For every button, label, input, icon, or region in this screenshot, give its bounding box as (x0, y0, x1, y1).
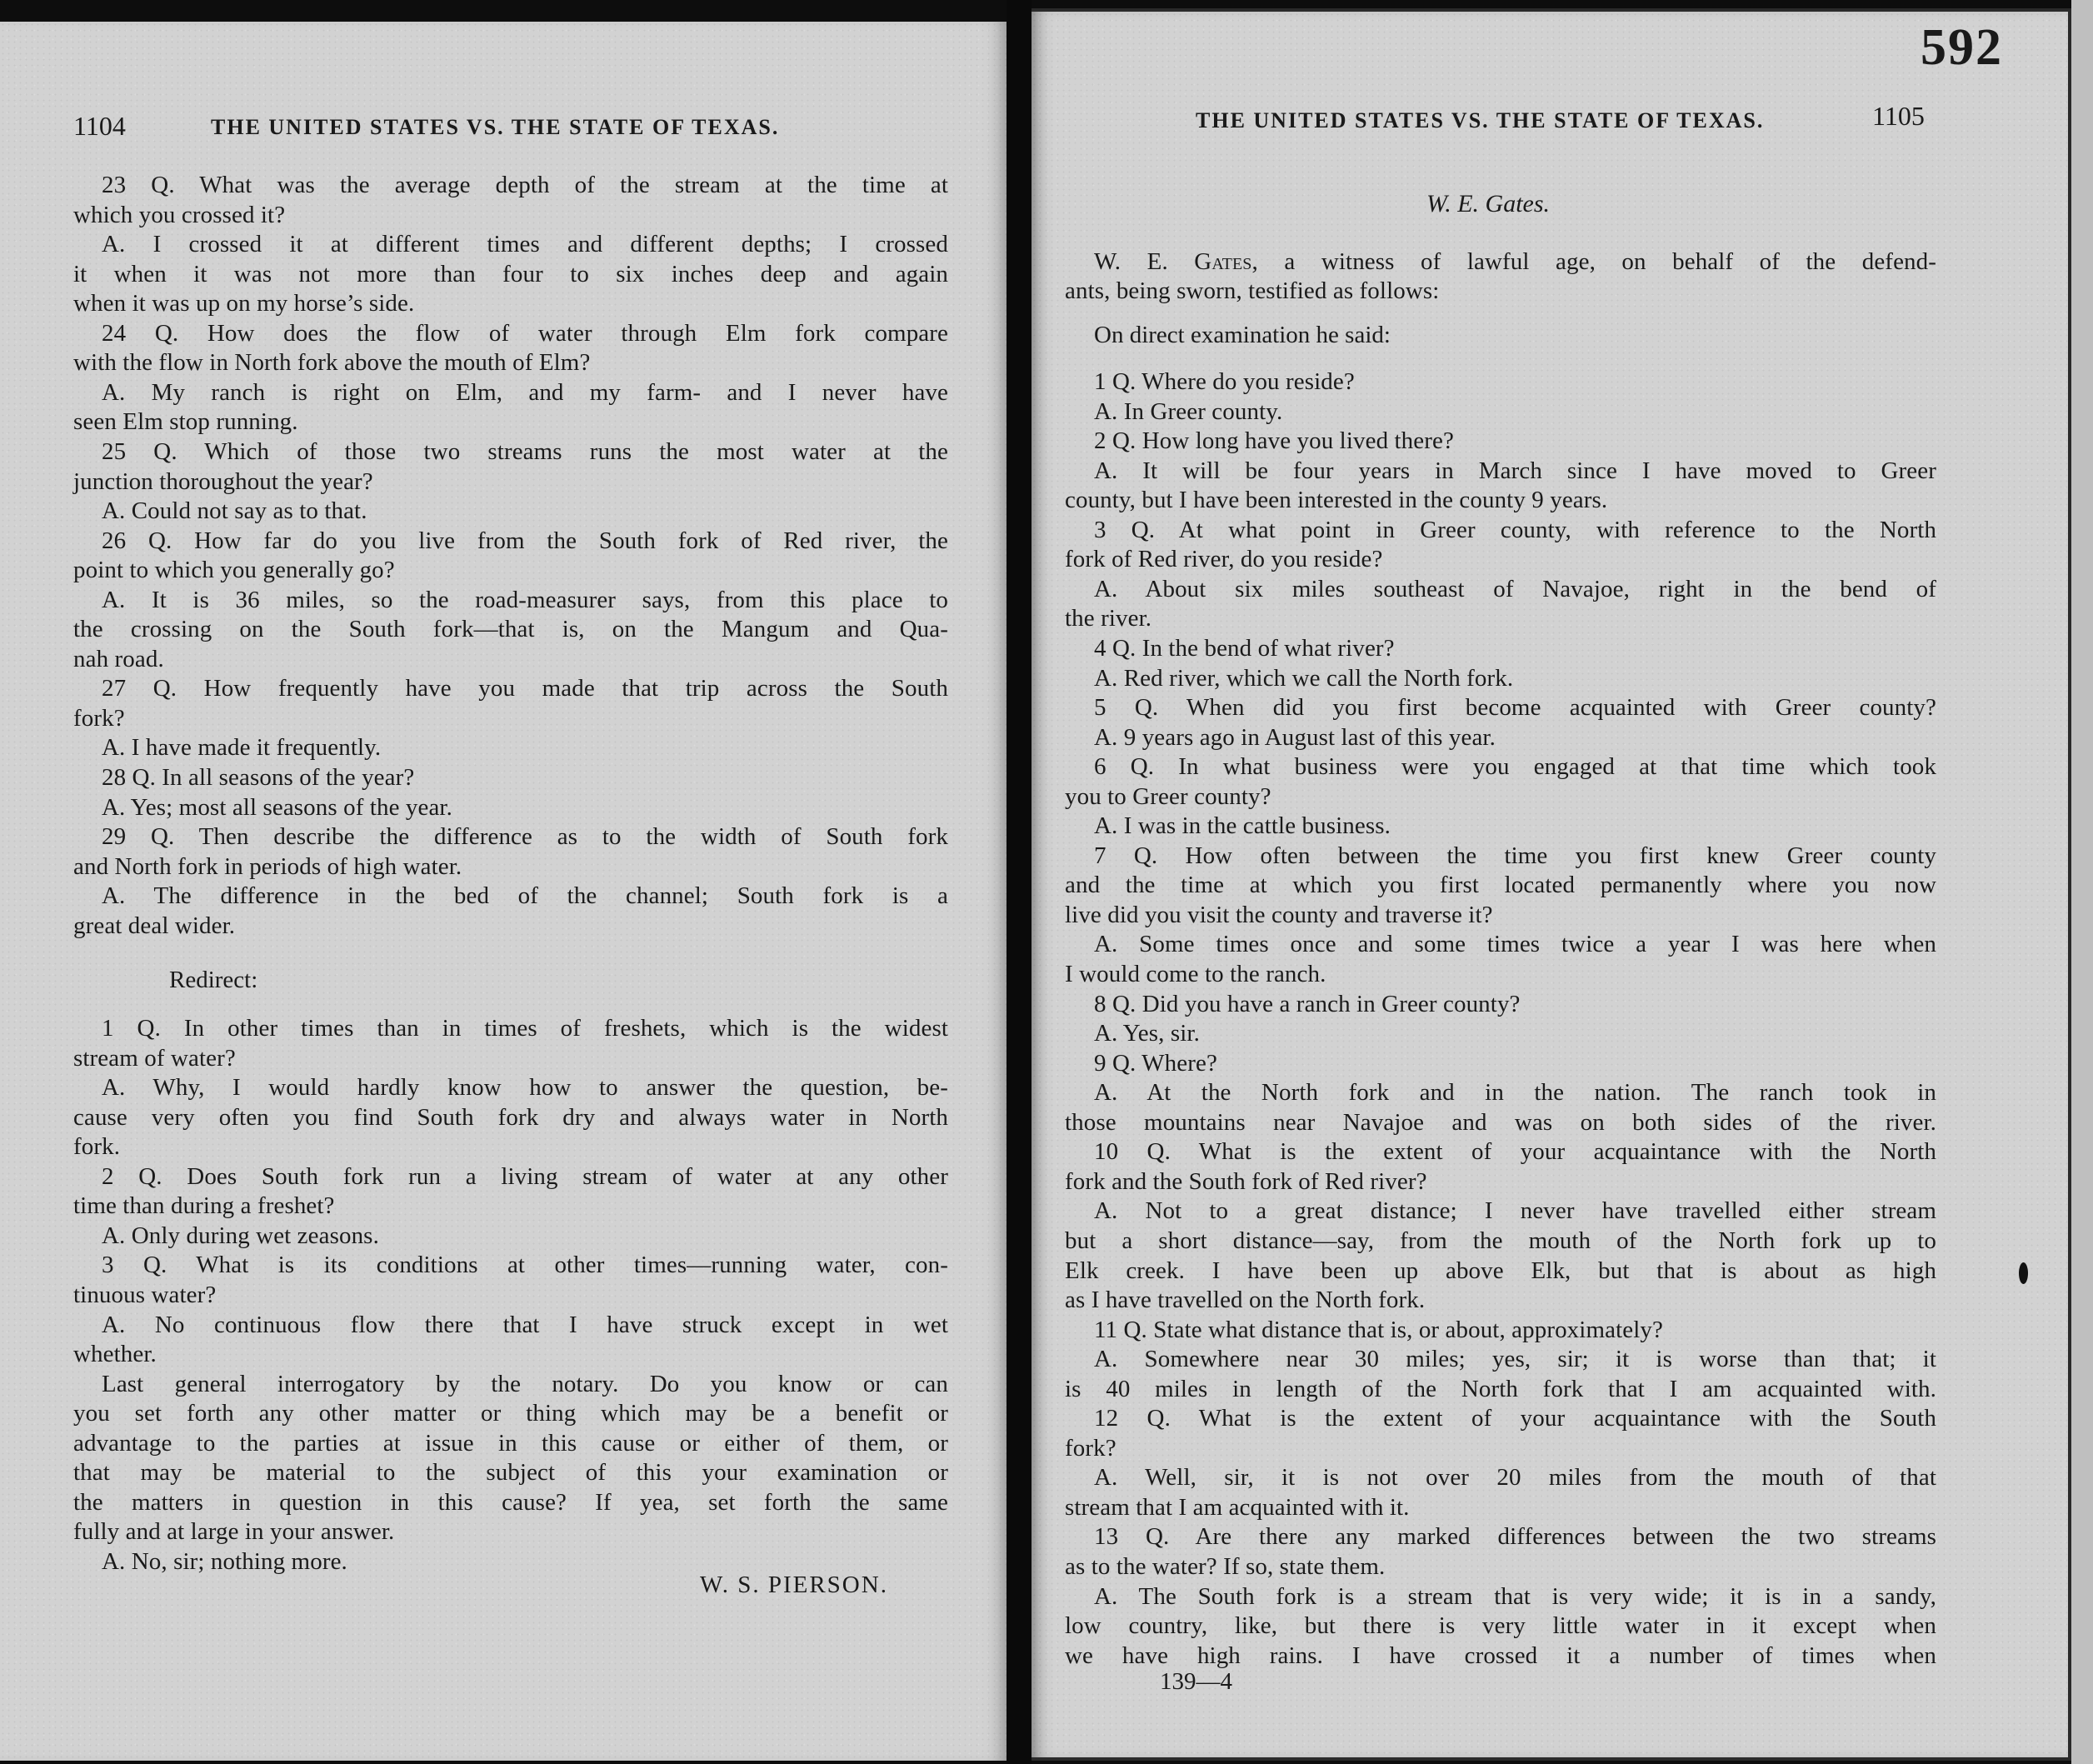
text-line: you set forth any other matter or thing … (73, 1398, 948, 1428)
text-line: as to the water? If so, state them. (1065, 1552, 1936, 1582)
text-line: 10 Q. What is the extent of your acquain… (1094, 1137, 1936, 1167)
text-line: fork? (1065, 1433, 1936, 1463)
text-line: A. Some times once and some times twice … (1094, 929, 1936, 959)
text-line: A. Could not say as to that. (102, 496, 948, 526)
right-page-number: 1105 (1872, 102, 1925, 130)
text-line: and North fork in periods of high water. (73, 852, 948, 882)
text-line: but a short distance—say, from the mouth… (1065, 1226, 1936, 1256)
text-line: 2 Q. Does South fork run a living stream… (102, 1162, 948, 1192)
text-line: 7 Q. How often between the time you firs… (1094, 841, 1936, 871)
text-line: A. 9 years ago in August last of this ye… (1094, 722, 1936, 752)
witness-intro-line-2: ants, being sworn, testified as follows: (1065, 276, 1936, 306)
text-line: the river. (1065, 603, 1936, 633)
text-line: A. At the North fork and in the nation. … (1094, 1077, 1936, 1107)
text-line: A. Somewhere near 30 miles; yes, sir; it… (1094, 1344, 1936, 1374)
text-line: low country, like, but there is very lit… (1065, 1611, 1936, 1641)
witness-intro-line-1: W. E. Gates, a witness of lawful age, on… (1094, 247, 1936, 277)
text-line: nah road. (73, 644, 948, 674)
stamp-number: 592 (1921, 20, 2003, 75)
text-line: 3 Q. What is its conditions at other tim… (102, 1250, 948, 1280)
text-line: A. Why, I would hardly know how to answe… (102, 1072, 948, 1102)
text-line: 5 Q. When did you first become acquainte… (1094, 692, 1936, 722)
text-line: which you crossed it? (73, 200, 948, 230)
text-line: whether. (73, 1339, 948, 1369)
text-line: those mountains near Navajoe and was on … (1065, 1107, 1936, 1137)
text-line: it when it was not more than four to six… (73, 259, 948, 289)
text-line: advantage to the parties at issue in thi… (73, 1428, 948, 1458)
text-line: 24 Q. How does the flow of water through… (102, 318, 948, 348)
text-line: A. No continuous flow there that I have … (102, 1310, 948, 1340)
text-line: A. Red river, which we call the North fo… (1094, 663, 1936, 693)
text-line: 29 Q. Then describe the difference as to… (102, 822, 948, 852)
text-line: A. About six miles southeast of Navajoe,… (1094, 574, 1936, 604)
text-line: 25 Q. Which of those two streams runs th… (102, 437, 948, 467)
page-edge (2071, 0, 2093, 1764)
text-line: A. I was in the cattle business. (1094, 811, 1936, 841)
text-line: stream of water? (73, 1043, 948, 1073)
text-line: 4 Q. In the bend of what river? (1094, 633, 1936, 663)
text-line: the matters in question in this cause? I… (73, 1487, 948, 1517)
left-running-head: THE UNITED STATES VS. THE STATE OF TEXAS… (211, 115, 779, 140)
text-line: I would come to the ranch. (1065, 959, 1936, 989)
text-line: A. Not to a great distance; I never have… (1094, 1196, 1936, 1226)
text-line: A. In Greer county. (1094, 397, 1936, 427)
text-line: fork of Red river, do you reside? (1065, 544, 1936, 574)
witness-title: W. E. Gates. (1426, 189, 1550, 219)
text-line: 1 Q. Where do you reside? (1094, 367, 1936, 397)
text-line: when it was up on my horse’s side. (73, 288, 948, 318)
text-line: 23 Q. What was the average depth of the … (102, 170, 948, 200)
text-line: 13 Q. Are there any marked differences b… (1094, 1522, 1936, 1552)
text-line: live did you visit the county and traver… (1065, 900, 1936, 930)
text-line: is 40 miles in length of the North fork … (1065, 1374, 1936, 1404)
text-line: 8 Q. Did you have a ranch in Greer count… (1094, 989, 1936, 1019)
signature-pierson: W. S. PIERSON. (700, 1570, 888, 1600)
text-line: A. My ranch is right on Elm, and my farm… (102, 377, 948, 407)
witness-name: W. E. Gates, (1094, 248, 1258, 275)
text-line: A. Only during wet zeasons. (102, 1221, 948, 1251)
ink-blot (2019, 1262, 2028, 1284)
text-line: stream that I am acquainted with it. (1065, 1492, 1936, 1522)
text-line: A. Well, sir, it is not over 20 miles fr… (1094, 1462, 1936, 1492)
text-line: 27 Q. How frequently have you made that … (102, 673, 948, 703)
text-line: and the time at which you first located … (1065, 870, 1936, 900)
text-line: you to Greer county? (1065, 782, 1936, 812)
text-line: great deal wider. (73, 911, 948, 941)
text-line: A. Yes, sir. (1094, 1018, 1936, 1048)
text-line: 6 Q. In what business were you engaged a… (1094, 752, 1936, 782)
text-line: fork and the South fork of Red river? (1065, 1167, 1936, 1197)
text-line: A. The South fork is a stream that is ve… (1094, 1582, 1936, 1612)
text-line: tinuous water? (73, 1280, 948, 1310)
signature-mark: 139—4 (1160, 1667, 1232, 1697)
text-line: 3 Q. At what point in Greer county, with… (1094, 515, 1936, 545)
text-line: 2 Q. How long have you lived there? (1094, 426, 1936, 456)
direct-examination-heading: On direct examination he said: (1094, 320, 1391, 350)
text-line: A. It is 36 miles, so the road-measurer … (102, 585, 948, 615)
text-line: 12 Q. What is the extent of your acquain… (1094, 1403, 1936, 1433)
text-line: that may be material to the subject of t… (73, 1457, 948, 1487)
text-line: as I have travelled on the North fork. (1065, 1285, 1936, 1315)
text-line: cause very often you find South fork dry… (73, 1102, 948, 1132)
text-line: 26 Q. How far do you live from the South… (102, 526, 948, 556)
text-line: fully and at large in your answer. (73, 1517, 948, 1547)
text-line: 1 Q. In other times than in times of fre… (102, 1013, 948, 1043)
text-line: fork. (73, 1132, 948, 1162)
text-line: A. Yes; most all seasons of the year. (102, 792, 948, 822)
text-line: A. It will be four years in March since … (1094, 456, 1936, 486)
text-line: the crossing on the South fork—that is, … (73, 614, 948, 644)
text-line: A. The difference in the bed of the chan… (102, 881, 948, 911)
redirect-heading: Redirect: (169, 965, 257, 995)
book-gutter (1007, 0, 1032, 1764)
text-line: county, but I have been interested in th… (1065, 485, 1936, 515)
text-line: seen Elm stop running. (73, 407, 948, 437)
witness-intro-text: a witness of lawful age, on behalf of th… (1258, 248, 1936, 275)
text-line: junction thoroughout the year? (73, 467, 948, 497)
text-line: 28 Q. In all seasons of the year? (102, 762, 948, 792)
text-line: 11 Q. State what distance that is, or ab… (1094, 1315, 1936, 1345)
text-line: Elk creek. I have been up above Elk, but… (1065, 1256, 1936, 1286)
text-line: A. I crossed it at different times and d… (102, 229, 948, 259)
text-line: fork? (73, 703, 948, 733)
text-line: 9 Q. Where? (1094, 1048, 1936, 1078)
text-line: A. I have made it frequently. (102, 732, 948, 762)
text-line: point to which you generally go? (73, 555, 948, 585)
text-line: time than during a freshet? (73, 1191, 948, 1221)
right-running-head: THE UNITED STATES VS. THE STATE OF TEXAS… (1196, 108, 1764, 133)
left-page-number: 1104 (73, 112, 126, 140)
text-line: with the flow in North fork above the mo… (73, 347, 948, 377)
text-line: Last general interrogatory by the notary… (102, 1369, 948, 1399)
